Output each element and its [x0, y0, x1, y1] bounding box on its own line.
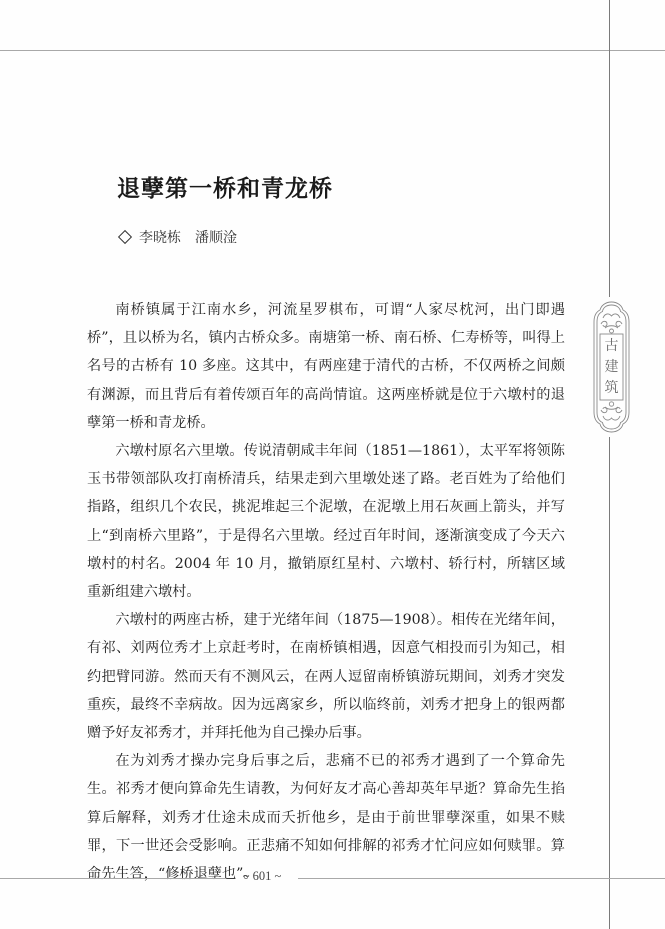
diamond-icon [118, 230, 132, 244]
section-badge: 古 建 筑 [591, 300, 632, 434]
paragraph: 六墩村的两座古桥，建于光绪年间（1875—1908）。相传在光绪年间，有祁、刘两… [87, 606, 565, 747]
footer-rule-right [298, 878, 665, 879]
footer-rule-left [0, 878, 225, 879]
article-body: 南桥镇属于江南水乡，河流星罗棋布，可谓“人家尽枕河，出门即遇桥”，且以桥为名，镇… [87, 296, 565, 888]
badge-char: 筑 [605, 378, 619, 399]
page-number: ~ 601 ~ [226, 869, 298, 884]
badge-label: 古 建 筑 [591, 336, 632, 399]
author-name: 李晓栋 [139, 227, 181, 247]
article-title: 退孽第一桥和青龙桥 [117, 170, 333, 203]
paragraph: 南桥镇属于江南水乡，河流星罗棋布，可谓“人家尽枕河，出门即遇桥”，且以桥为名，镇… [87, 296, 565, 437]
author-name: 潘顺淦 [195, 227, 237, 247]
header-rule [0, 50, 665, 51]
author-line: 李晓栋 潘顺淦 [117, 227, 251, 247]
paragraph: 六墩村原名六里墩。传说清朝咸丰年间（1851—1861），太平军将领陈玉书带领部… [87, 437, 565, 606]
paragraph: 在为刘秀才操办完身后事之后，悲痛不已的祁秀才遇到了一个算命先生。祁秀才便向算命先… [87, 747, 565, 888]
badge-char: 建 [605, 357, 619, 378]
badge-char: 古 [605, 336, 619, 357]
margin-vertical-rule [609, 0, 610, 929]
